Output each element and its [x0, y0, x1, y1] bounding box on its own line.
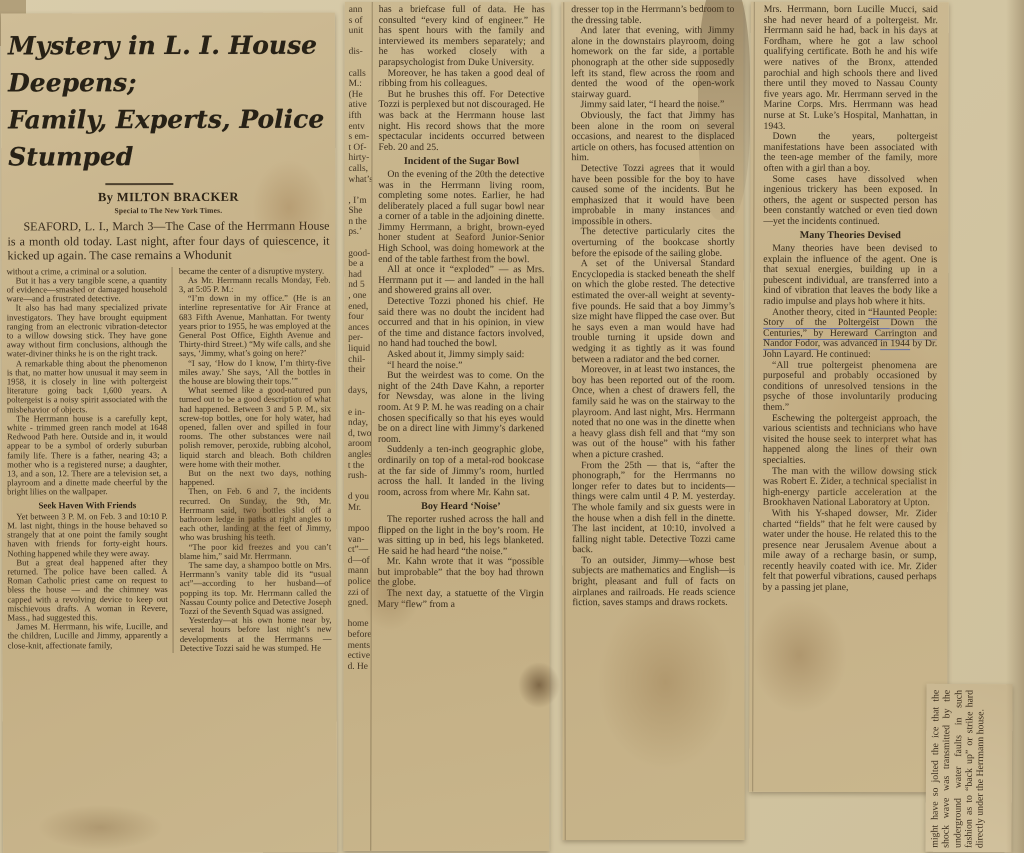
subheading: Many Theories Devised	[763, 231, 937, 242]
paragraph: Yesterday—at his own home near by, sever…	[180, 616, 332, 653]
text-segment: , was advanced	[818, 338, 880, 349]
column-5: Mrs. Herrmann, born Lucille Mucci, said …	[750, 2, 949, 594]
edge-fragment: calls	[349, 68, 370, 79]
paragraph: On the evening of the 20th the detective…	[378, 170, 544, 266]
subheading: Seek Haven With Friends	[7, 501, 167, 511]
edge-fragment: d—of	[348, 556, 369, 567]
edge-fragment: chil-	[348, 354, 369, 365]
pen-underlined-text: in 1944	[880, 338, 910, 350]
edge-fragment: ann	[349, 5, 370, 16]
paragraph: “I say, ‘How do I know, I’m thirty-five …	[179, 358, 331, 386]
paragraph: A set of the Universal Standard Encyclop…	[572, 259, 735, 365]
edge-fragment: t Of-	[348, 143, 369, 154]
edge-fragment	[348, 238, 369, 249]
paragraph: From the 25th — that is, “after the phon…	[572, 460, 735, 556]
paragraph: “The poor kid freezes and you can’t blam…	[180, 542, 332, 561]
edge-fragment: mpoo	[348, 524, 369, 535]
edge-fragment: home	[348, 619, 369, 630]
column-4: dresser top in the Herrmann’s bedroom to…	[561, 2, 744, 609]
rotated-clipping-strip: might have so jolted the ice that the sh…	[925, 684, 1012, 853]
edge-fragment: entv	[349, 121, 370, 132]
column-2: became the center of a disruptive myster…	[172, 266, 334, 653]
paragraph: has a briefcase full of data. He has con…	[379, 5, 545, 69]
byline-rule	[105, 183, 173, 185]
paragraph: “I’m down in my office.” (He is an inter…	[179, 294, 331, 359]
edge-fragment: ps.’	[348, 227, 369, 238]
clipping-main: Mystery in L. I. House Deepens; Family, …	[1, 13, 337, 853]
subheading: Incident of the Sugar Bowl	[378, 157, 544, 168]
edge-fragment: hirty-	[348, 153, 369, 164]
edge-fragment: nd 5	[348, 280, 369, 291]
edge-fragment: t the	[348, 460, 369, 471]
edge-fragment: (He	[349, 90, 370, 101]
paragraph: But he brushes this off. For Detective T…	[378, 90, 544, 154]
paragraph: Eschewing the poltergeist approach, the …	[763, 413, 937, 466]
edge-fragment	[348, 482, 369, 493]
paragraph: James M. Herrmann, his wife, Lucille, an…	[7, 622, 167, 650]
edge-fragment: gned.	[348, 598, 369, 609]
edge-fragment: ances	[348, 323, 369, 334]
clipping-column-3: anns ofunit dis- callsM.:(Heativeifthent…	[343, 2, 550, 851]
edge-fragment: angles	[348, 450, 369, 461]
edge-fragment	[349, 58, 370, 69]
paragraph: The same day, a shampoo bottle on Mrs. H…	[180, 561, 332, 617]
headline: Mystery in L. I. House Deepens; Family, …	[1, 13, 335, 176]
paragraph: Yet between 3 P. M. on Feb. 3 and 10:10 …	[7, 512, 167, 558]
edge-fragment	[348, 513, 369, 524]
headline-line-2: Family, Experts, Police Stumped	[8, 101, 331, 176]
edge-fragment: nday,	[348, 418, 369, 429]
edge-fragment: d you	[348, 492, 369, 503]
edge-fragment: be a	[348, 259, 369, 270]
paragraph: All at once it “exploded” — as Mrs. Herr…	[378, 265, 544, 297]
edge-fragment: ct”—	[348, 545, 369, 556]
edge-fragment: good-	[348, 248, 369, 259]
edge-fragment: s em-	[348, 132, 369, 143]
byline: By MILTON BRACKER	[1, 190, 335, 206]
edge-fragment: d. He	[348, 662, 369, 673]
lead-paragraph: SEAFORD, L. I., March 3—The Case of the …	[1, 219, 335, 263]
edge-fragment: their	[348, 365, 369, 376]
scrapbook-page: Mystery in L. I. House Deepens; Family, …	[0, 0, 1024, 853]
column-3: has a briefcase full of data. He has con…	[371, 2, 550, 851]
paragraph: “All true poltergeist phenomena are purp…	[763, 360, 937, 413]
credit-line: Special to The New York Times.	[1, 206, 335, 216]
paragraph: And later that evening, with Jimmy alone…	[571, 26, 734, 100]
edge-fragment: ened,	[348, 301, 369, 312]
edge-fragment: rush-	[348, 471, 369, 482]
paragraph: With his Y-shaped dowser, Mr. Zider char…	[763, 509, 937, 594]
paragraph: A remarkable thing about the phenomenon …	[7, 359, 167, 415]
paragraph: Some cases have dissolved when ingenious…	[763, 174, 937, 227]
edge-fragment: zzi of	[348, 587, 369, 598]
paragraph: Obviously, the fact that Jimmy has been …	[571, 111, 734, 164]
paragraph: But it has a very tangible scene, a quan…	[7, 276, 167, 304]
edge-fragment: before	[348, 630, 369, 641]
torn-edge-fragments: anns ofunit dis- callsM.:(Heativeifthent…	[343, 2, 372, 851]
edge-fragment: police	[348, 577, 369, 588]
edge-fragment	[349, 37, 370, 48]
paragraph: Mr. Kahn wrote that it was “possible but…	[378, 557, 544, 589]
clipping-column-5: Mrs. Herrmann, born Lucille Mucci, said …	[749, 2, 949, 792]
edge-fragment: calls,	[348, 164, 369, 175]
edge-fragment: ifth	[349, 111, 370, 122]
edge-fragment: ative	[349, 100, 370, 111]
paragraph: Many theories have been devised to expla…	[763, 244, 937, 308]
edge-fragment: Mr.	[348, 503, 369, 514]
text-segment: Another theory, cited in	[772, 306, 868, 317]
edge-fragment: ective	[348, 651, 369, 662]
column-row: without a crime, a criminal or a solutio…	[2, 266, 337, 653]
edge-fragment: e in-	[348, 407, 369, 418]
edge-fragment	[348, 185, 369, 196]
edge-fragment	[348, 397, 369, 408]
paragraph: What seemed like a good-natured pun turn…	[179, 386, 331, 469]
paragraph: Detective Tozzi phoned his chief. He sai…	[378, 297, 544, 350]
edge-fragment: mann	[348, 566, 369, 577]
column-1: without a crime, a criminal or a solutio…	[5, 266, 173, 653]
edge-fragment: had	[348, 270, 369, 281]
paragraph: Another theory, cited in “Haunted People…	[763, 307, 937, 360]
paragraph: Mrs. Herrmann, born Lucille Mucci, said …	[764, 5, 938, 132]
headline-line-1: Mystery in L. I. House Deepens;	[8, 27, 331, 102]
edge-fragment: dis-	[349, 47, 370, 58]
edge-fragment: days,	[348, 386, 369, 397]
subheading: Boy Heard ‘Noise’	[378, 502, 544, 513]
edge-fragment: n the	[348, 217, 369, 228]
paragraph: The next day, a statuette of the Virgin …	[378, 589, 544, 610]
edge-fragment: d, two	[348, 429, 369, 440]
paragraph: Detective Tozzi agrees that it would hav…	[572, 164, 735, 228]
edge-fragment: four	[348, 312, 369, 323]
rotated-text: might have so jolted the ice that the sh…	[929, 690, 1008, 849]
paragraph: The detective particularly cites the ove…	[572, 227, 735, 259]
paragraph: But a great deal happened after they ret…	[7, 558, 167, 623]
paragraph: Moreover, he has taken a good deal of ri…	[379, 68, 545, 89]
edge-fragment	[348, 376, 369, 387]
edge-fragment: s of	[349, 15, 370, 26]
paragraph: Down the years, poltergeist manifestatio…	[763, 132, 937, 175]
edge-fragment: per-	[348, 333, 369, 344]
paragraph: dresser top in the Herrmann’s bedroom to…	[571, 5, 734, 26]
paragraph: To an outsider, Jimmy—whose best subject…	[572, 556, 735, 609]
paragraph: As Mr. Herrmann recalls Monday, Feb. 3, …	[179, 275, 331, 294]
edge-fragment: , I’m	[348, 196, 369, 207]
paragraph: Moreover, in at least two instances, the…	[572, 365, 735, 461]
edge-fragment: , one	[348, 291, 369, 302]
edge-fragment: what’s	[348, 174, 369, 185]
paragraph: But on the next two days, nothing happen…	[179, 469, 331, 488]
paragraph: Suddenly a ten-inch geographic globe, or…	[378, 445, 544, 498]
edge-fragment: ments	[348, 640, 369, 651]
clipping-column-4: dresser top in the Herrmann’s bedroom to…	[561, 2, 744, 840]
paragraph: Then, on Feb. 6 and 7, the incidents rec…	[179, 487, 331, 543]
edge-fragment: She	[348, 206, 369, 217]
edge-fragment: M.:	[349, 79, 370, 90]
edge-fragment	[348, 609, 369, 620]
edge-fragment: unit	[349, 26, 370, 37]
paragraph: But the weirdest was to come. On the nig…	[378, 371, 544, 445]
paragraph: The Herrmann house is a carefully kept, …	[7, 414, 167, 497]
paragraph: The man with the willow dowsing stick wa…	[763, 466, 937, 509]
edge-fragment: aroom	[348, 439, 369, 450]
paragraph: It also has had many specialized private…	[7, 303, 167, 359]
paragraph: The reporter rushed across the hall and …	[378, 515, 544, 558]
edge-fragment: liquid	[348, 344, 369, 355]
edge-fragment: van-	[348, 535, 369, 546]
